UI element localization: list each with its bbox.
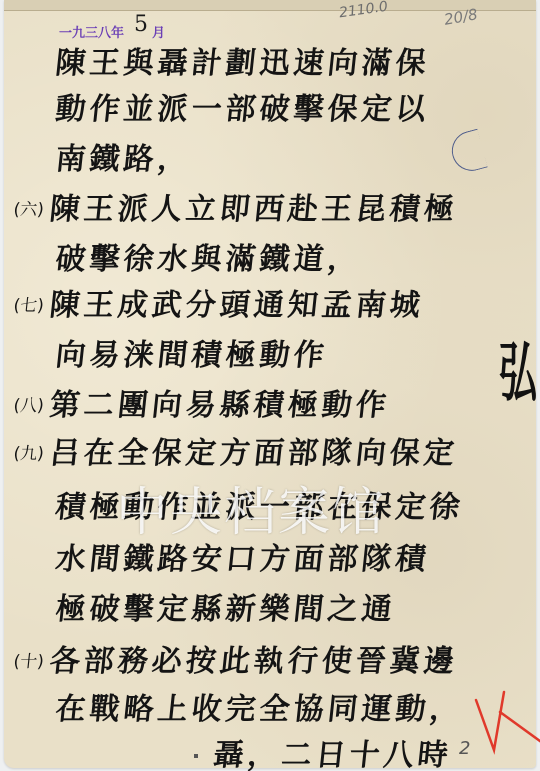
signature-text: 聶，二日十八時 [212, 738, 454, 771]
line-text: 水間鐵路安口方面部隊積 [54, 542, 432, 577]
text-line-2: 動作並派一部破擊保定以 [54, 84, 433, 128]
item-8-line-1: (八)第二團向易縣積極動作 [12, 380, 393, 424]
item-number: (九) [13, 444, 45, 464]
line-text: 向易涞間積極動作 [54, 338, 330, 373]
item-6-line-2: 破擊徐水與滿鐵道， [54, 234, 365, 278]
line-text: 極破擊定縣新樂間之通 [54, 592, 398, 627]
item-number: (七) [13, 296, 45, 316]
ink-dot [194, 754, 198, 758]
page-number-bottom: 2 [459, 738, 470, 759]
item-10-line-1: (十)各部務必按此執行使晉冀邊 [12, 636, 461, 680]
item-number: (八) [13, 396, 45, 416]
date-month-handwritten: 5 [134, 12, 148, 37]
line-text: 在戰略上收完全協同運動， [54, 692, 466, 727]
item-10-line-2: 在戰略上收完全協同運動， [54, 684, 467, 728]
line-text: 第二團向易縣積極動作 [48, 388, 392, 423]
red-check-mark-icon [472, 672, 540, 762]
item-9-line-1: (九)吕在全保定方面部隊向保定 [12, 428, 461, 472]
archive-watermark: 中央档案馆 [116, 470, 386, 545]
margin-signature: 弘 [499, 322, 537, 414]
line-text: 陳王派人立即西赴王昆積極 [48, 192, 460, 227]
line-text: 陳王與聶計劃迅速向滿保 [54, 46, 432, 81]
blue-pencil-mark-icon [447, 129, 487, 176]
line-text: 吕在全保定方面部隊向保定 [48, 436, 460, 471]
item-9-line-4: 極破擊定縣新樂間之通 [54, 584, 399, 628]
line-text: 動作並派一部破擊保定以 [54, 92, 432, 127]
item-number: (十) [13, 652, 45, 672]
line-text: 南鐵路， [54, 142, 194, 177]
item-7-line-1: (七)陳王成武分頭通知孟南城 [12, 280, 427, 324]
item-6-line-1: (六)陳王派人立即西赴王昆積極 [12, 184, 461, 228]
signature-line: 聶，二日十八時 [212, 730, 455, 771]
item-number: (六) [13, 200, 45, 220]
line-text: 破擊徐水與滿鐵道， [54, 242, 364, 277]
text-line-1: 陳王與聶計劃迅速向滿保 [54, 38, 433, 82]
document-page: 2110.0 20/8 一九三八年 5 月 陳王與聶計劃迅速向滿保 動作並派一部… [4, 0, 536, 768]
item-7-line-2: 向易涞間積極動作 [54, 330, 331, 374]
line-text: 陳王成武分頭通知孟南城 [48, 288, 426, 323]
text-line-3: 南鐵路， [54, 134, 195, 178]
line-text: 各部務必按此執行使晉冀邊 [48, 644, 460, 679]
